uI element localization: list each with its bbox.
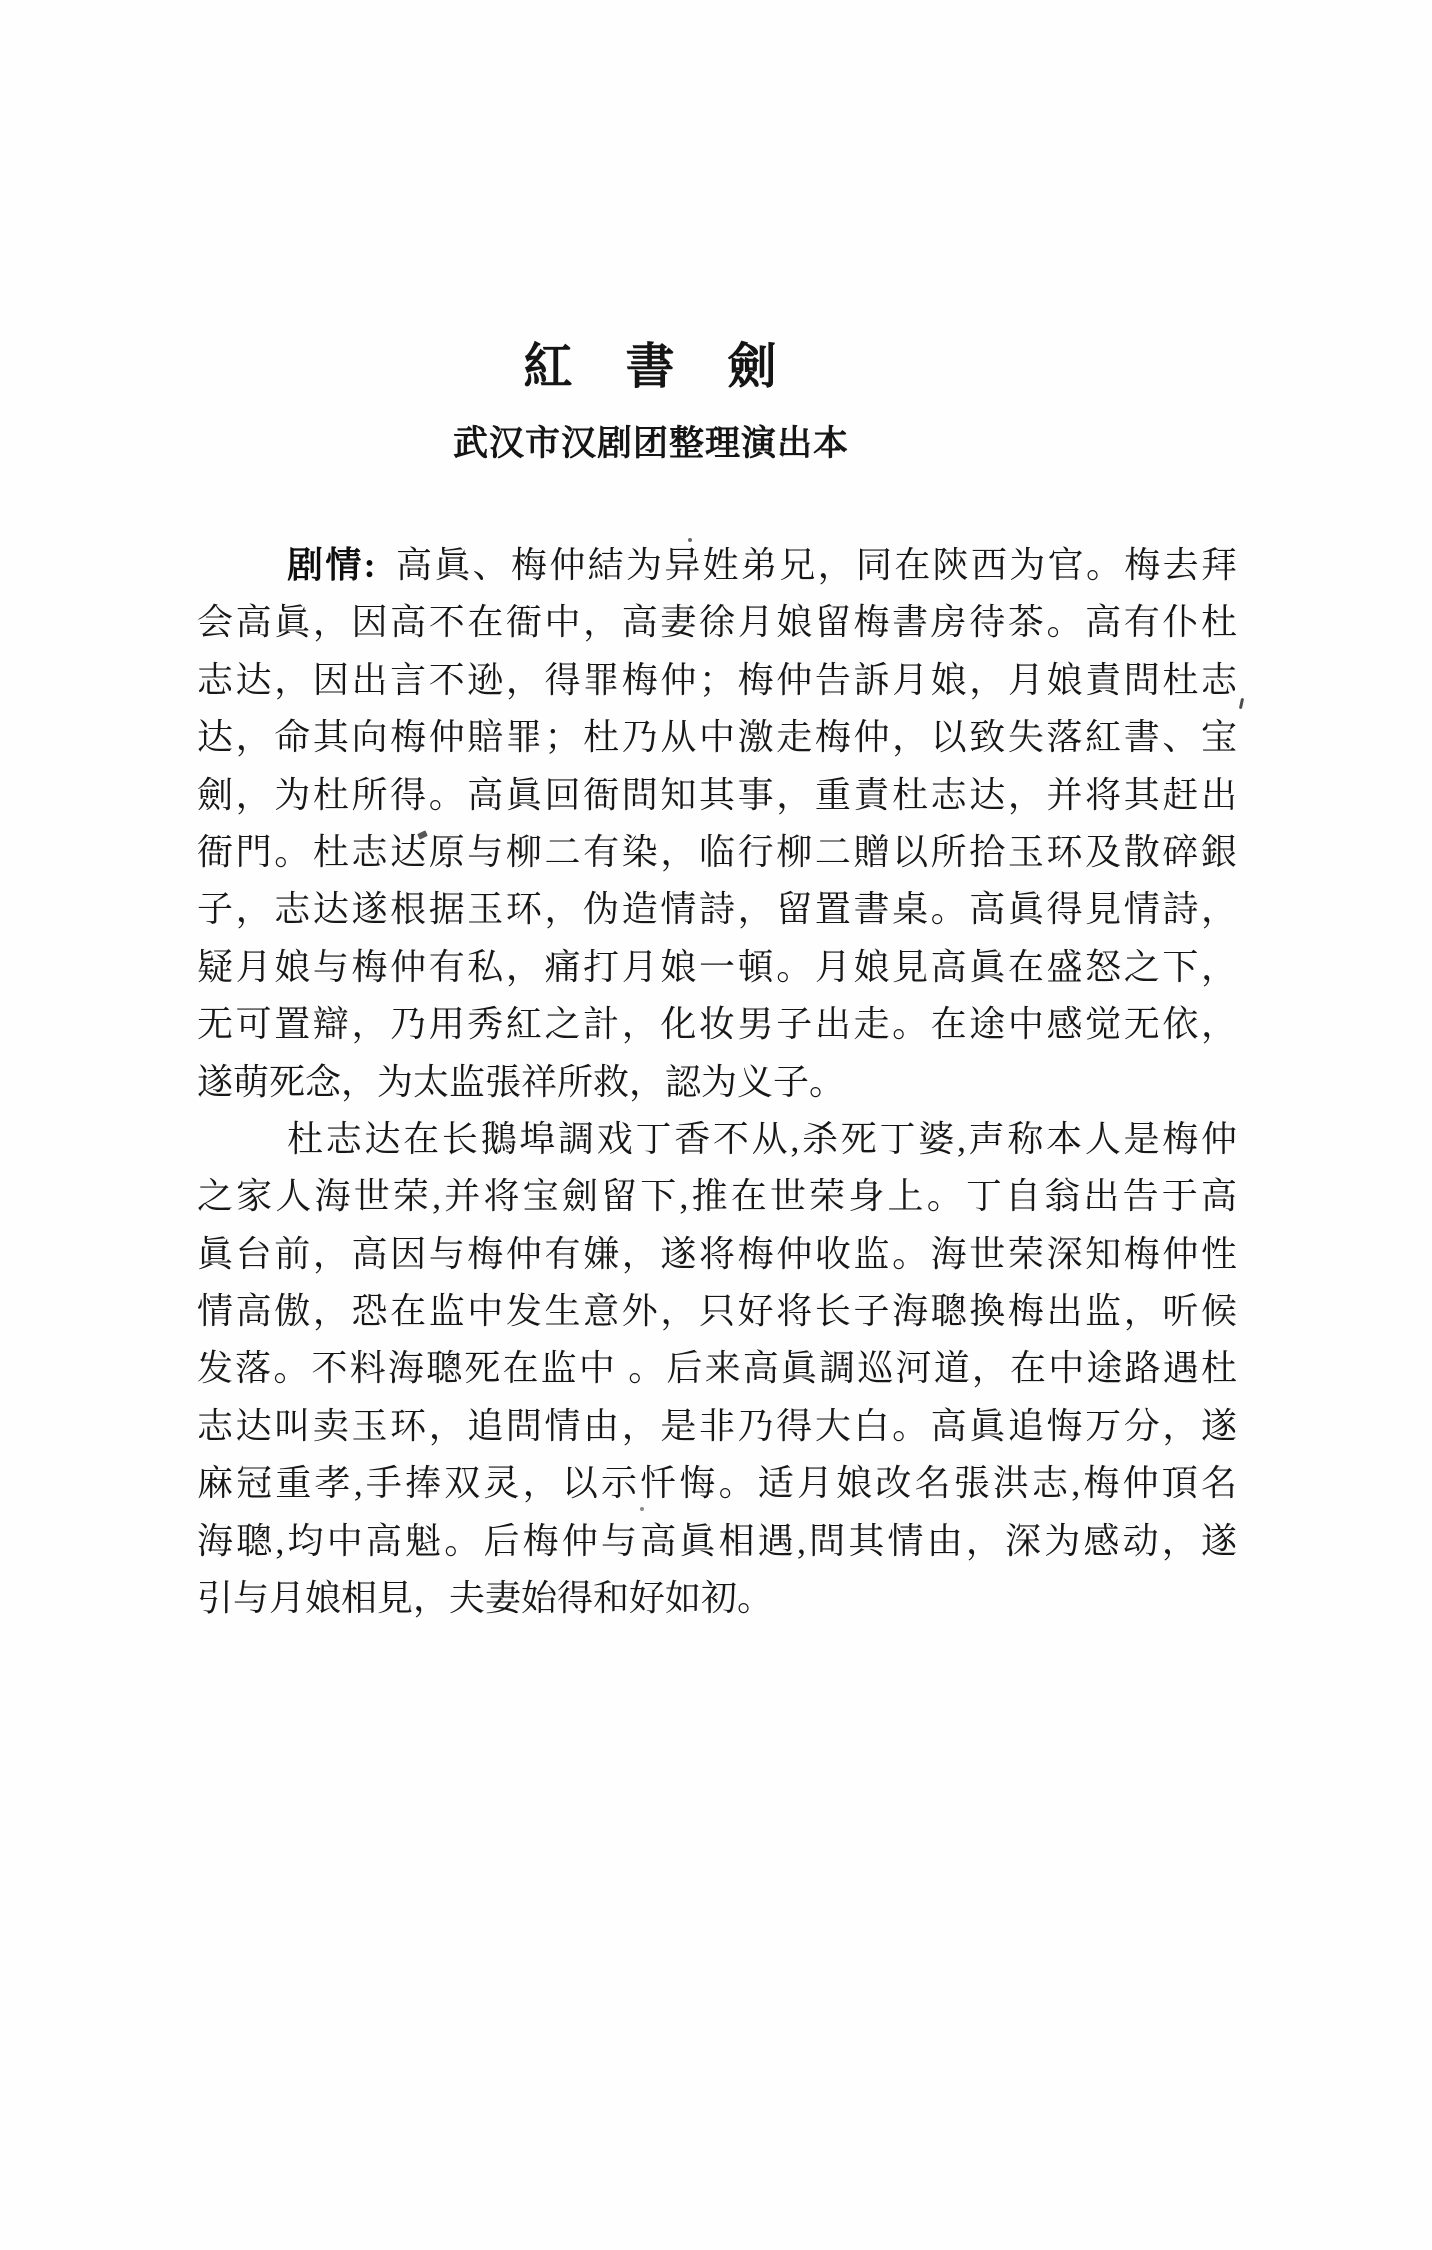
page-title: 紅 書 劍 (0, 336, 1302, 398)
text-line: 杜志达在长鵝埠調戏丁香不从,杀死丁婆,声称本人是梅仲 (197, 1111, 1237, 1168)
text-line: 志达，因出言不逊，得罪梅仲；梅仲告訴月娘，月娘責問杜志 (197, 652, 1237, 709)
page-subtitle: 武汉市汉剧团整理演出本 (0, 418, 1302, 470)
scan-speck (1239, 698, 1244, 709)
text-line: 之家人海世荣,并将宝劍留下,推在世荣身上。丁自翁出告于高 (197, 1168, 1237, 1225)
text-line: 麻冠重孝,手捧双灵，以示忏悔。适月娘改名張洪志,梅仲頂名 (197, 1455, 1237, 1512)
text-line: 子，志达遂根据玉环，伪造情詩，留置書桌。高眞得見情詩， (197, 881, 1237, 938)
text-line: 志达叫卖玉环，追問情由，是非乃得大白。高眞追悔万分，遂 (197, 1398, 1237, 1455)
text-line: 达，命其向梅仲賠罪；杜乃从中激走梅仲，以致失落紅書、宝 (197, 709, 1237, 766)
synopsis-text: 剧情:高眞、梅仲結为异姓弟兄，同在陝西为官。梅去拜 会高眞，因高不在衙中，高妻徐… (197, 537, 1237, 1627)
scanned-document-page: 紅 書 劍 武汉市汉剧团整理演出本 剧情:高眞、梅仲結为异姓弟兄，同在陝西为官。… (0, 0, 1432, 2250)
text-line-content: 高眞、梅仲結为异姓弟兄，同在陝西为官。梅去拜 (394, 545, 1237, 585)
text-line: 海聰,均中高魁。后梅仲与高眞相遇,問其情由，深为感动，遂 (197, 1513, 1237, 1570)
text-line: 无可置辯，乃用秀紅之計，化妆男子出走。在途中感觉无依， (197, 996, 1237, 1053)
scan-speck (688, 538, 692, 542)
text-line: 剧情:高眞、梅仲結为异姓弟兄，同在陝西为官。梅去拜 (197, 537, 1237, 594)
text-line: 劍，为杜所得。高眞回衙問知其事，重責杜志达，并将其赶出 (197, 767, 1237, 824)
text-line: 情高傲，恐在监中发生意外，只好将长子海聰換梅出监，听候 (197, 1283, 1237, 1340)
synopsis-label: 剧情: (287, 545, 376, 585)
text-line: 会高眞，因高不在衙中，高妻徐月娘留梅書房待茶。高有仆杜 (197, 594, 1237, 651)
text-line: 衙門。杜志达原与柳二有染，临行柳二贈以所拾玉环及散碎銀 (197, 824, 1237, 881)
text-line: 疑月娘与梅仲有私，痛打月娘一頓。月娘見高眞在盛怒之下， (197, 939, 1237, 996)
text-line: 引与月娘相見，夫妻始得和好如初。 (197, 1570, 1237, 1627)
text-line: 发落。不料海聰死在监中 。后来高眞調巡河道，在中途路遇杜 (197, 1340, 1237, 1397)
text-line: 眞台前，高因与梅仲有嫌，遂将梅仲收监。海世荣深知梅仲性 (197, 1226, 1237, 1283)
scan-speck (640, 1507, 644, 1511)
text-line: 遂萌死念，为太监張祥所救，認为义子。 (197, 1054, 1237, 1111)
